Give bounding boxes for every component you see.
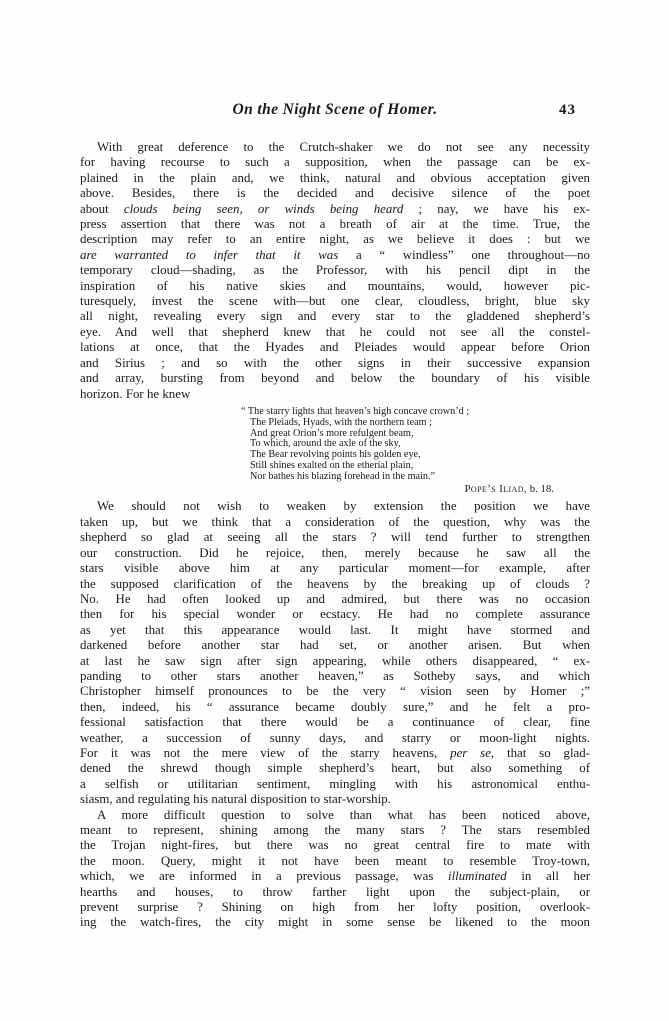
text-line: siasm, and regulating his natural dispos… bbox=[80, 792, 590, 807]
text-segment: For it was not the mere view of the star… bbox=[80, 746, 450, 760]
text-segment-italic: are warranted to infer that it was bbox=[80, 248, 338, 262]
text-line: then for his special wonder or ecstacy. … bbox=[80, 607, 590, 622]
text-line: all night, revealing every sign and ever… bbox=[80, 309, 590, 324]
paragraph: We should not wish to weaken by extensio… bbox=[80, 499, 590, 807]
text-line: darkened before another star had set, or… bbox=[80, 638, 590, 653]
text-segment: , that so glad- bbox=[491, 746, 590, 760]
text-segment: ; nay, we have his ex- bbox=[403, 202, 590, 216]
text-line: the Trojan night-fires, but there was no… bbox=[80, 838, 590, 853]
text-line: and array, bursting from beyond and belo… bbox=[80, 371, 590, 386]
text-line: No. He had often looked up and admired, … bbox=[80, 592, 590, 607]
text-segment-italic: clouds being seen, or winds being heard bbox=[124, 202, 403, 216]
poem-quotation: “ The starry lights that heaven’s high c… bbox=[250, 407, 590, 483]
text-line: turesquely, invest the scene with—but on… bbox=[80, 294, 590, 309]
text-line: about clouds being seen, or winds being … bbox=[80, 202, 590, 217]
text-line: fessional satisfaction that there would … bbox=[80, 715, 590, 730]
text-line: lations at once, that the Hyades and Ple… bbox=[80, 340, 590, 355]
text-segment: about bbox=[80, 202, 124, 216]
text-line: taken up, but we think that a considerat… bbox=[80, 515, 590, 530]
text-line: at last he saw sign after sign appearing… bbox=[80, 654, 590, 669]
poem-line: The Pleiads, Hyads, with the northern te… bbox=[250, 418, 590, 429]
text-line: With great deference to the Crutch-shake… bbox=[80, 140, 590, 155]
text-line: weather, a succession of sunny days, and… bbox=[80, 731, 590, 746]
poem-line: Nor bathes his blazing forehead in the m… bbox=[250, 472, 590, 483]
text-segment: in all her bbox=[507, 869, 590, 883]
text-line: our construction. Did he rejoice, then, … bbox=[80, 546, 590, 561]
text-line: A more difficult question to solve than … bbox=[80, 808, 590, 823]
text-line: panding to other stars another heaven,” … bbox=[80, 669, 590, 684]
text-line: hearths and houses, to throw farther lig… bbox=[80, 885, 590, 900]
text-segment-italic: per se bbox=[450, 746, 491, 760]
paragraph: With great deference to the Crutch-shake… bbox=[80, 140, 590, 402]
text-line: shepherd so glad at seeing all the stars… bbox=[80, 530, 590, 545]
text-line: the moon. Query, might it not have been … bbox=[80, 854, 590, 869]
text-line: inspiration of his native skies and moun… bbox=[80, 279, 590, 294]
page-title: On the Night Scene of Homer. bbox=[233, 101, 438, 118]
text-line: ing the watch-fires, the city might in s… bbox=[80, 915, 590, 930]
running-header: On the Night Scene of Homer. 43 bbox=[80, 101, 590, 119]
text-block: On the Night Scene of Homer. 43 With gre… bbox=[80, 101, 590, 931]
text-line: and Sirius ; and so with the other signs… bbox=[80, 356, 590, 371]
text-line: for having recourse to such a suppositio… bbox=[80, 155, 590, 170]
text-line: temporary cloud—shading, as the Professo… bbox=[80, 263, 590, 278]
text-line: are warranted to infer that it was a “ w… bbox=[80, 248, 590, 263]
text-line: then, indeed, his “ assurance became dou… bbox=[80, 700, 590, 715]
text-line: eye. And well that shepherd knew that he… bbox=[80, 325, 590, 340]
text-segment-italic: illuminated bbox=[448, 869, 507, 883]
text-line: stars visible above him at any particula… bbox=[80, 561, 590, 576]
text-segment: which, we are informed in a previous pas… bbox=[80, 869, 448, 883]
paragraph: A more difficult question to solve than … bbox=[80, 808, 590, 931]
scanned-page: On the Night Scene of Homer. 43 With gre… bbox=[0, 0, 669, 1021]
text-line: as yet that this appearance would last. … bbox=[80, 623, 590, 638]
text-line: dened the shrewd though simple shepherd’… bbox=[80, 761, 590, 776]
text-line: meant to represent, shining among the ma… bbox=[80, 823, 590, 838]
page-number: 43 bbox=[559, 101, 576, 119]
text-line: horizon. For he knew bbox=[80, 387, 590, 402]
text-line: which, we are informed in a previous pas… bbox=[80, 869, 590, 884]
attribution-book: b. 18. bbox=[527, 483, 554, 495]
text-segment: a “ windless” one throughout—no bbox=[338, 248, 590, 262]
text-line: press assertion that there was not a bre… bbox=[80, 217, 590, 232]
text-line: description may refer to an entire night… bbox=[80, 232, 590, 247]
poem-attribution: Pope’s Iliad, b. 18. bbox=[80, 483, 590, 495]
text-line: Christopher himself pronounces to be the… bbox=[80, 684, 590, 699]
text-line: plained in the plain and, we think, natu… bbox=[80, 171, 590, 186]
text-line: the supposed clarification of the heaven… bbox=[80, 577, 590, 592]
text-line: For it was not the mere view of the star… bbox=[80, 746, 590, 761]
text-line: We should not wish to weaken by extensio… bbox=[80, 499, 590, 514]
text-line: above. Besides, there is the decided and… bbox=[80, 186, 590, 201]
attribution-work: Pope’s Iliad, bbox=[465, 483, 527, 495]
text-line: prevent surprise ? Shining on high from … bbox=[80, 900, 590, 915]
text-line: a selfish or utilitarian sentiment, ming… bbox=[80, 777, 590, 792]
